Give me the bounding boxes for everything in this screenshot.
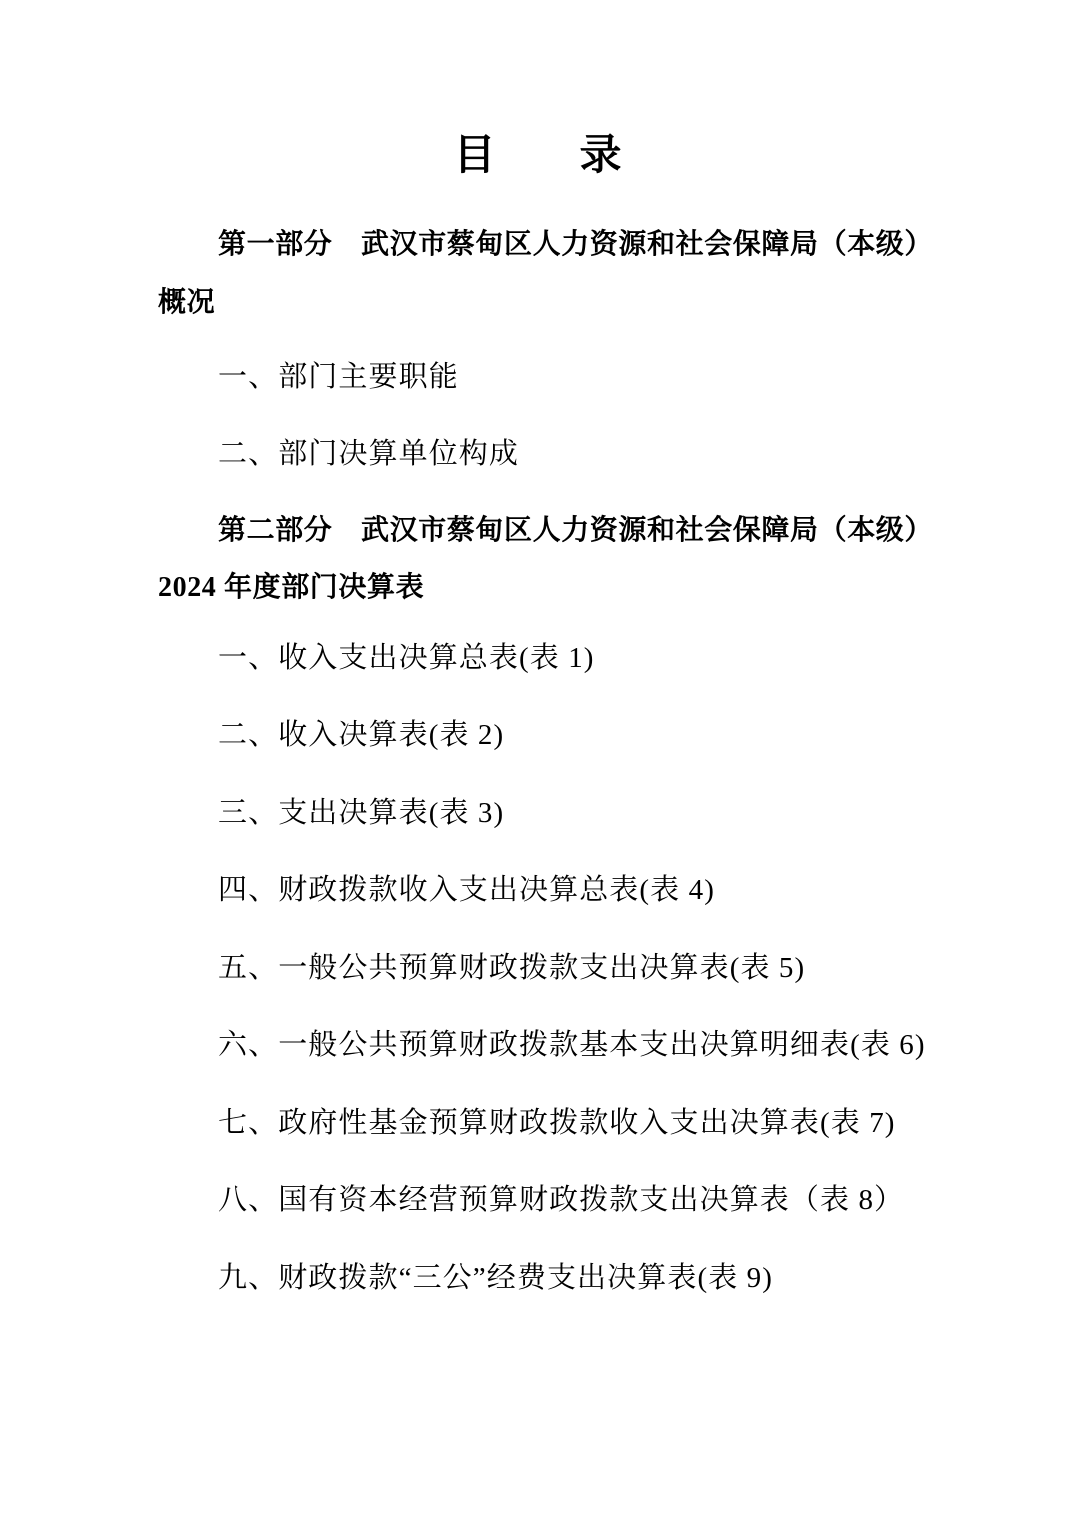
toc-title: 目 录	[0, 134, 1075, 176]
part2-heading-line1: 第二部分 武汉市蔡甸区人力资源和社会保障局（本级）	[218, 517, 933, 545]
document-page: 目 录 第一部分 武汉市蔡甸区人力资源和社会保障局（本级） 概况 一、部门主要职…	[0, 0, 1075, 1521]
part2-heading-line2: 2024 年度部门决算表	[158, 574, 424, 602]
toc-item-table8: 八、国有资本经营预算财政拨款支出决算表（表 8）	[218, 1186, 904, 1215]
part1-heading-line1: 第一部分 武汉市蔡甸区人力资源和社会保障局（本级）	[218, 231, 933, 259]
toc-item-table5: 五、一般公共预算财政拨款支出决算表(表 5)	[218, 954, 805, 983]
toc-item-part1-2: 二、部门决算单位构成	[218, 440, 519, 469]
toc-item-table2: 二、收入决算表(表 2)	[218, 721, 504, 750]
part1-heading-line2: 概况	[158, 289, 215, 317]
toc-item-table7: 七、政府性基金预算财政拨款收入支出决算表(表 7)	[218, 1109, 896, 1138]
toc-item-table3: 三、支出决算表(表 3)	[218, 799, 504, 828]
toc-item-part1-1: 一、部门主要职能	[218, 363, 459, 392]
toc-item-table6: 六、一般公共预算财政拨款基本支出决算明细表(表 6)	[218, 1031, 926, 1060]
toc-item-table4: 四、财政拨款收入支出决算总表(表 4)	[218, 876, 715, 905]
toc-item-table1: 一、收入支出决算总表(表 1)	[218, 644, 595, 673]
toc-item-table9: 九、财政拨款“三公”经费支出决算表(表 9)	[218, 1264, 773, 1293]
